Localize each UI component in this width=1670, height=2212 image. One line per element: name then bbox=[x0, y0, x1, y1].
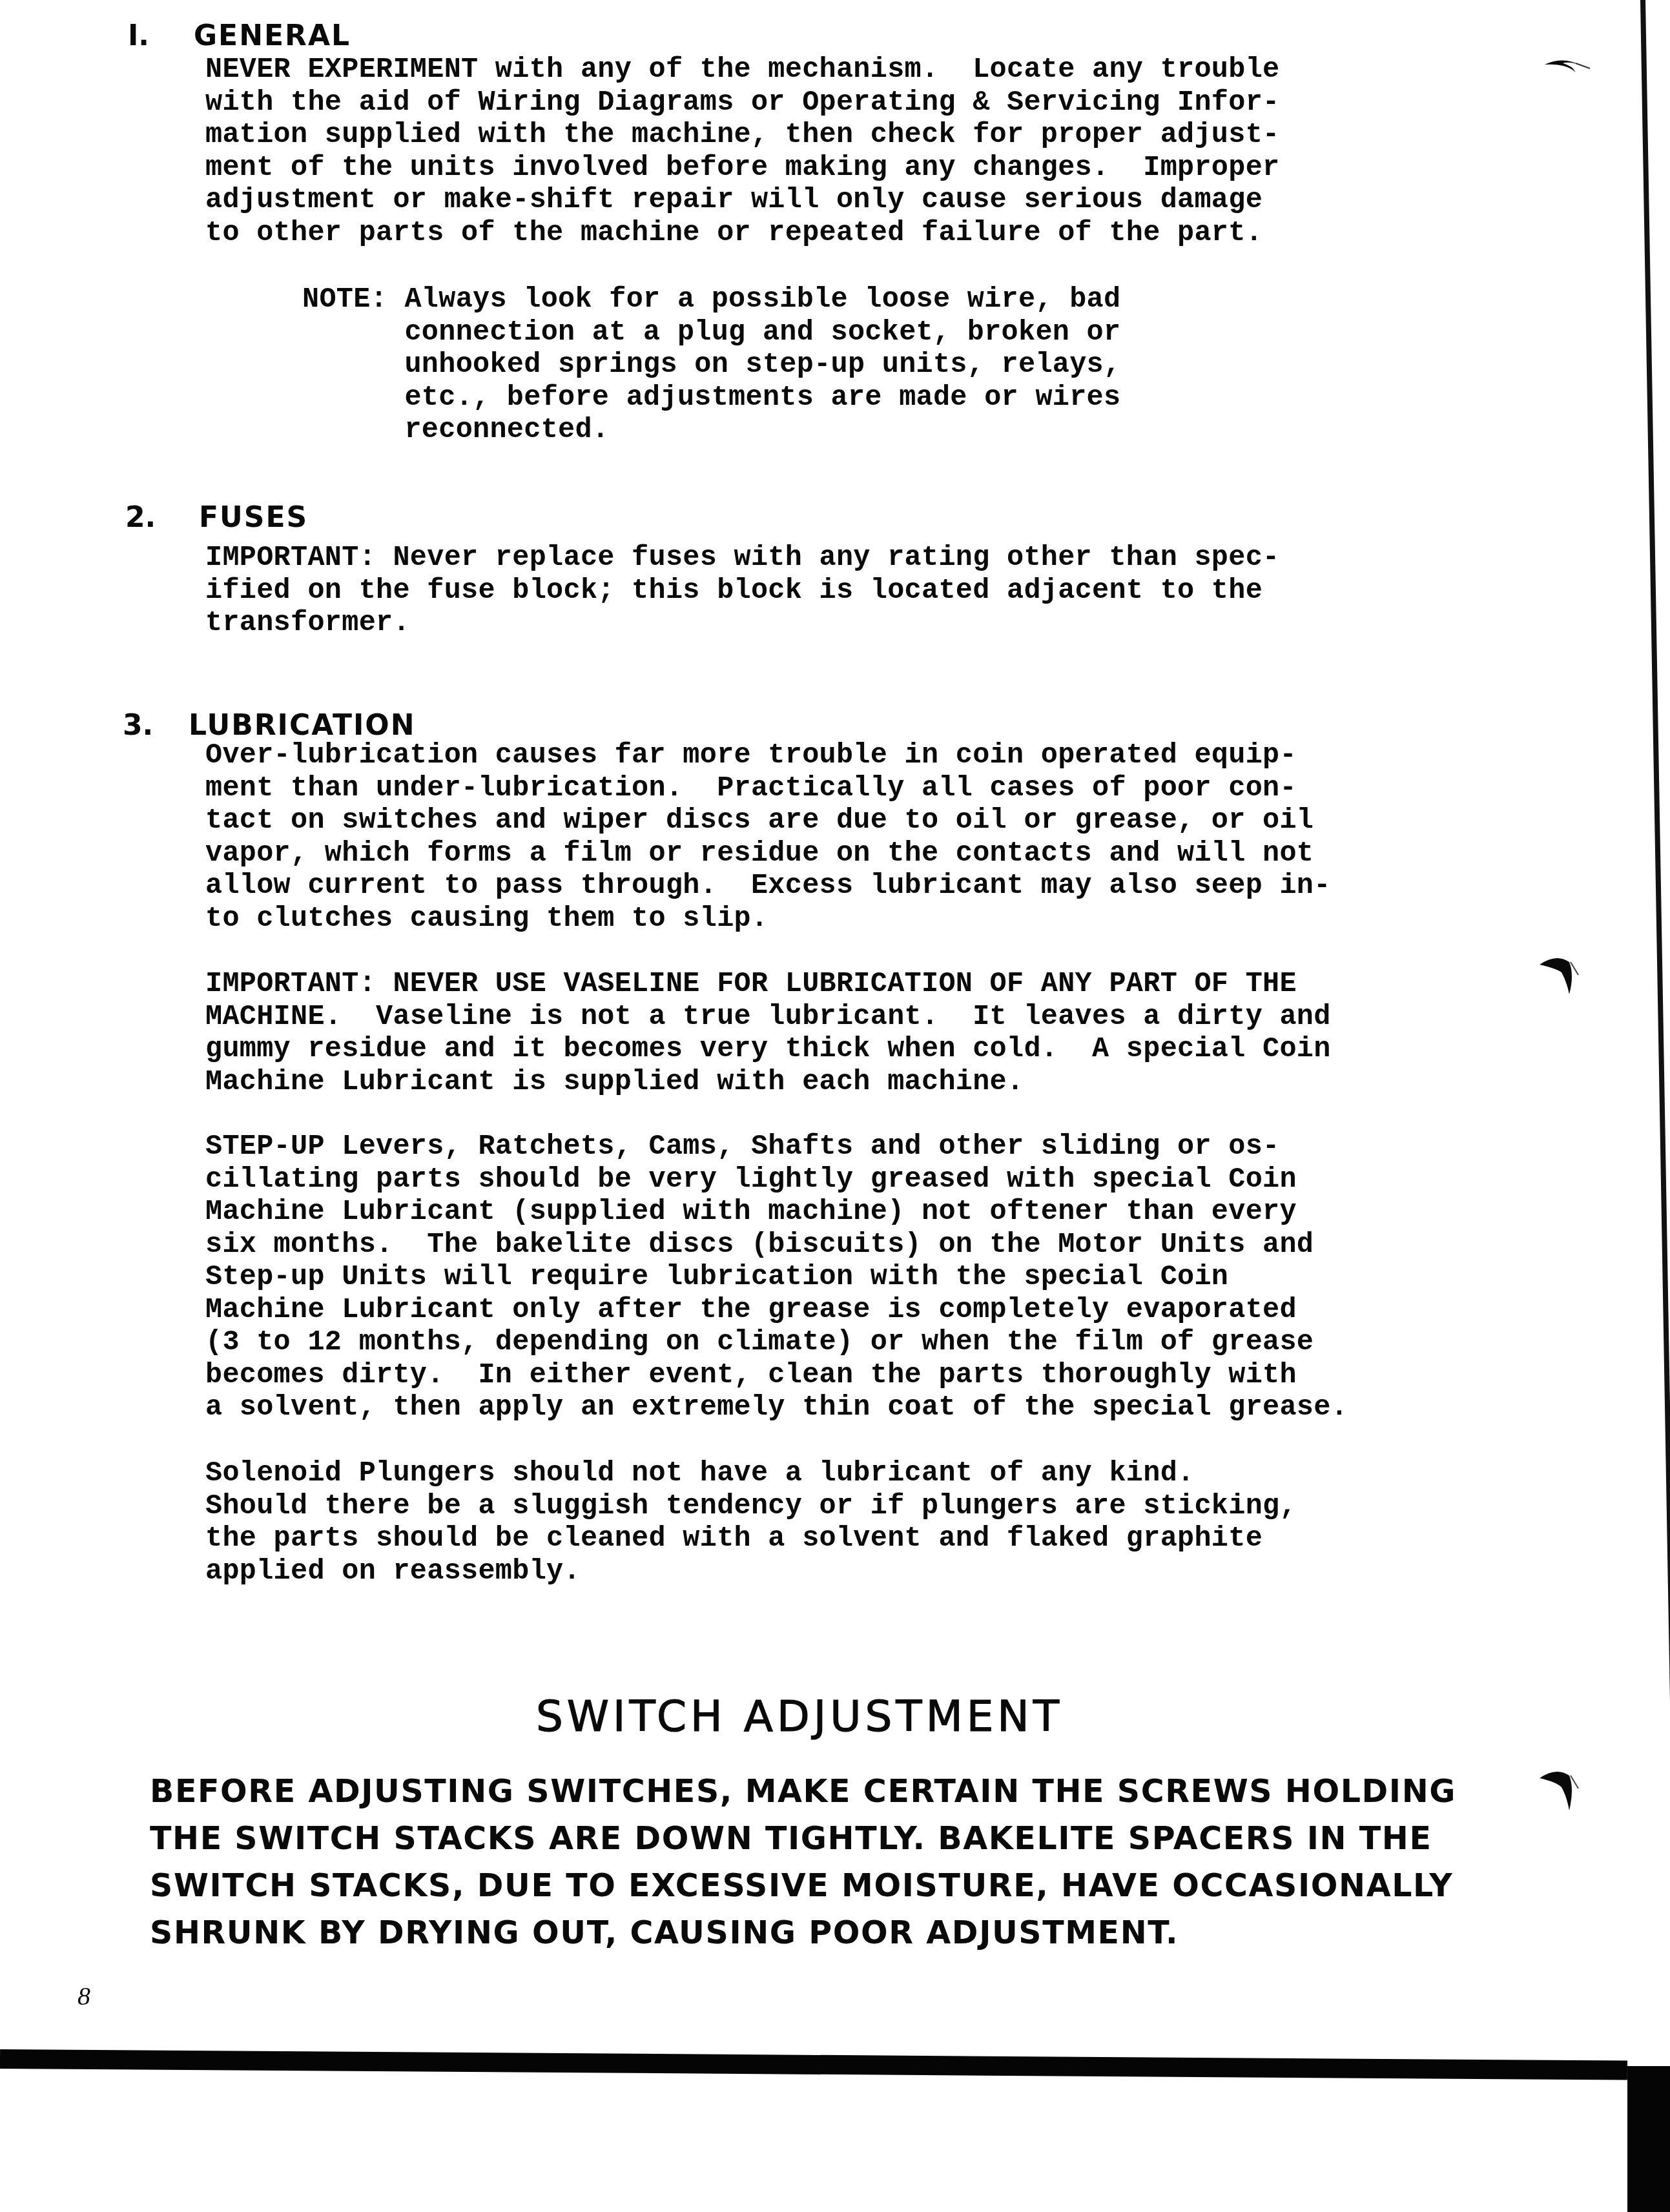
section-1-note: NOTE: Always look for a possible loose w… bbox=[302, 284, 1120, 447]
section-3-paragraph-1: Over-lubrication causes far more trouble… bbox=[205, 740, 1331, 936]
switch-adjustment-title: SWITCH ADJUSTMENT bbox=[0, 1692, 1670, 1741]
section-3-paragraph-3: STEP-UP Levers, Ratchets, Cams, Shafts a… bbox=[205, 1131, 1348, 1425]
section-1-paragraph: NEVER EXPERIMENT with any of the mechani… bbox=[205, 54, 1279, 250]
switch-adjustment-warning: BEFORE ADJUSTING SWITCHES, MAKE CERTAIN … bbox=[150, 1768, 1456, 1956]
binder-hook-icon bbox=[1537, 956, 1582, 1007]
binder-hook-icon bbox=[1543, 57, 1595, 83]
section-3-number: 3. bbox=[123, 709, 153, 742]
section-3-paragraph-2: IMPORTANT: NEVER USE VASELINE FOR LUBRIC… bbox=[205, 968, 1331, 1099]
section-2-heading: FUSES bbox=[199, 501, 308, 534]
section-3-heading: LUBRICATION bbox=[189, 709, 416, 742]
section-1-heading: GENERAL bbox=[194, 19, 351, 52]
section-2-number: 2. bbox=[125, 501, 156, 534]
section-2-paragraph: IMPORTANT: Never replace fuses with any … bbox=[205, 542, 1279, 640]
page-edge-shadow bbox=[1640, 0, 1670, 2066]
bottom-binding-rule bbox=[0, 2049, 1627, 2080]
section-3-paragraph-4: Solenoid Plungers should not have a lubr… bbox=[205, 1458, 1297, 1588]
binder-hook-icon bbox=[1537, 1769, 1582, 1821]
page-corner-shadow bbox=[1627, 2066, 1670, 2212]
page-number: 8 bbox=[77, 1981, 90, 2011]
section-1-number: I. bbox=[128, 19, 149, 52]
